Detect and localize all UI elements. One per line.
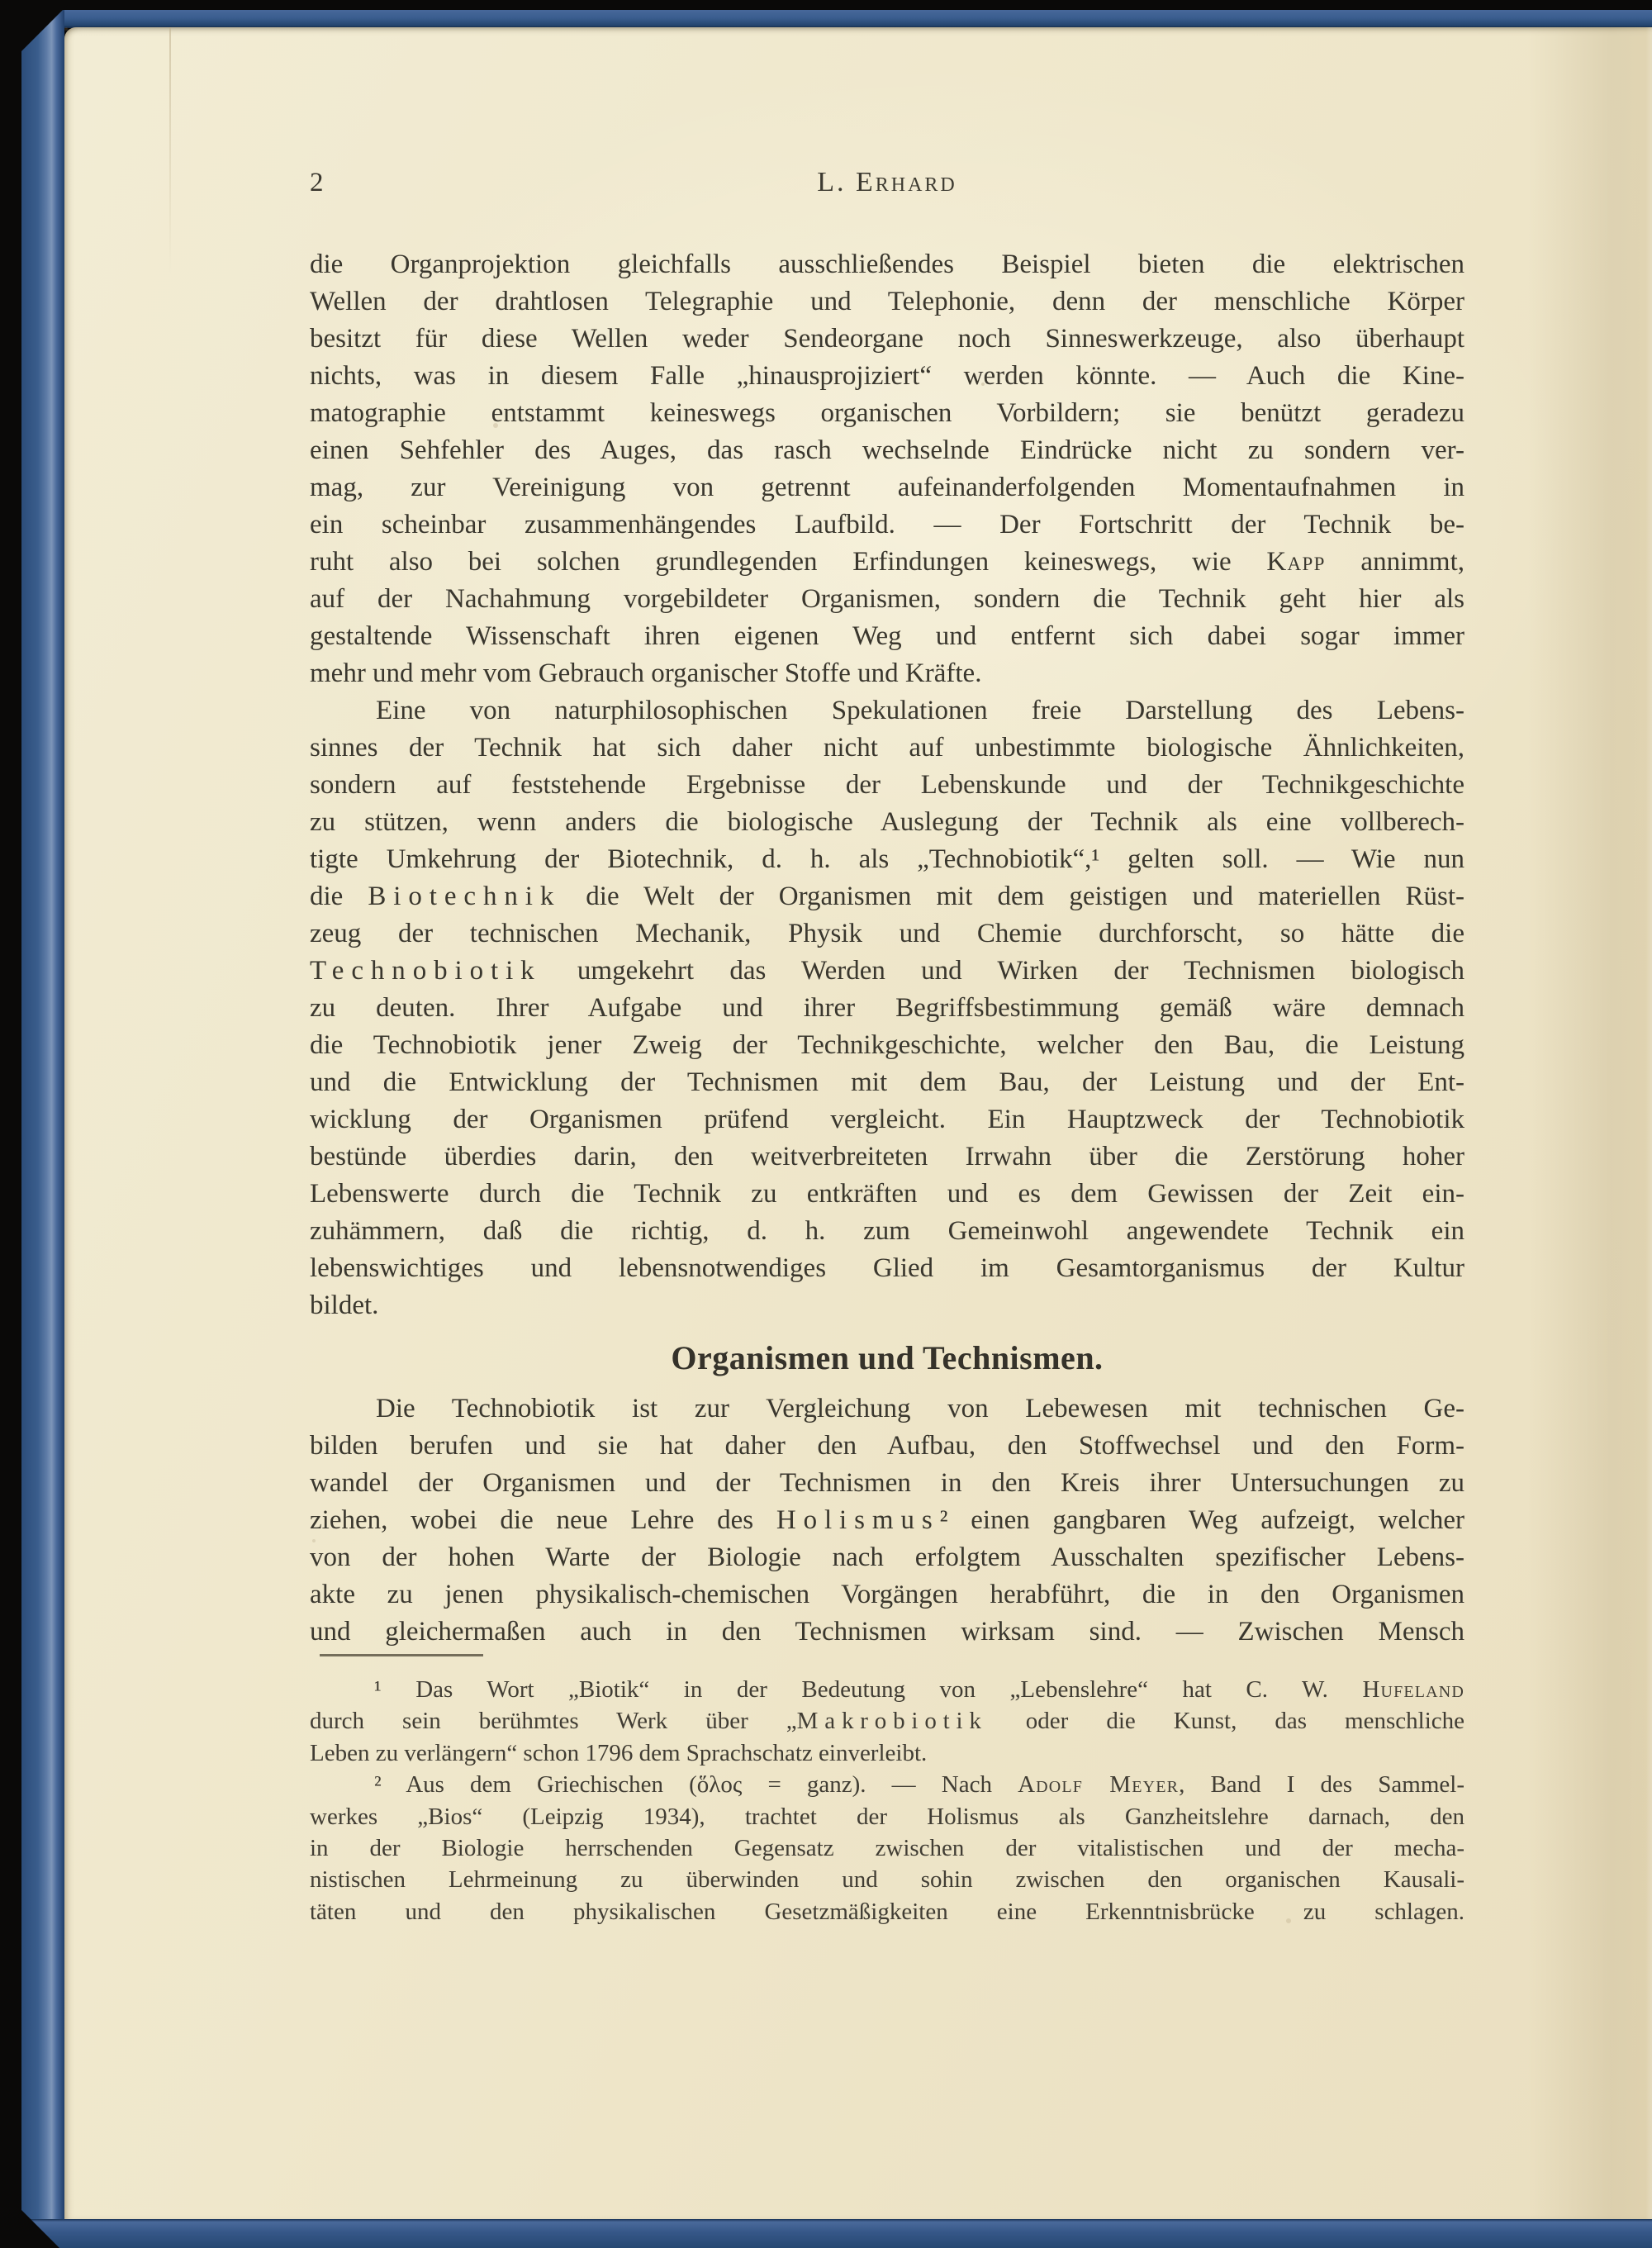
text-line: gestaltende Wissenschaft ihren eigenen W… (310, 618, 1464, 655)
section-heading: Organismen und Technismen. (310, 1324, 1464, 1390)
running-title: L. Erhard (368, 167, 1407, 198)
text-line: Leben zu verlängern“ schon 1796 dem Spra… (310, 1737, 1464, 1769)
text-line: Wellen der drahtlosen Telegraphie und Te… (310, 283, 1464, 321)
page-number: 2 (310, 168, 368, 198)
text-line: zu deuten. Ihrer Aufgabe und ihrer Begri… (310, 990, 1464, 1027)
text-line: sinnes der Technik hat sich daher nicht … (310, 730, 1464, 767)
text-line: Lebenswerte durch die Technik zu entkräf… (310, 1176, 1464, 1213)
book-cover-bottom-edge (21, 2219, 1652, 2248)
book-cover-spine-edge (21, 10, 64, 2248)
body-text: die Organprojektion gleichfalls ausschli… (310, 246, 1464, 1927)
footnote-separator-rule (320, 1654, 483, 1656)
text-line: bilden berufen und sie hat daher den Auf… (310, 1428, 1464, 1465)
text-line: bestünde überdies darin, den weitverbrei… (310, 1138, 1464, 1176)
text-line: ² Aus dem Griechischen (ὅλος = ganz). — … (310, 1769, 1464, 1800)
text-line: tigte Umkehrung der Biotechnik, d. h. al… (310, 841, 1464, 878)
text-line: in der Biologie herrschenden Gegensatz z… (310, 1832, 1464, 1864)
body-paragraph: Eine von naturphilosophischen Spekulatio… (310, 692, 1464, 1324)
text-line: matographie entstammt keineswegs organis… (310, 395, 1464, 432)
text-line: bildet. (310, 1287, 1464, 1324)
text-block: 2 L. Erhard die Organprojektion gleichfa… (310, 165, 1464, 1927)
text-line: Technobiotik umgekehrt das Werden und Wi… (310, 953, 1464, 990)
text-line: wicklung der Organismen prüfend vergleic… (310, 1101, 1464, 1138)
paper-foxing-specks (64, 27, 68, 31)
text-line: einen Sehfehler des Auges, das rasch wec… (310, 432, 1464, 469)
text-line: wandel der Organismen und der Technismen… (310, 1465, 1464, 1502)
text-line: sondern auf feststehende Ergebnisse der … (310, 767, 1464, 804)
text-line: die Biotechnik die Welt der Organismen m… (310, 878, 1464, 915)
text-line: und die Entwicklung der Technismen mit d… (310, 1064, 1464, 1101)
scanned-book-page: 2 L. Erhard die Organprojektion gleichfa… (0, 0, 1652, 2248)
text-line: durch sein berühmtes Werk über „Makrobio… (310, 1705, 1464, 1737)
page-surface: 2 L. Erhard die Organprojektion gleichfa… (64, 27, 1652, 2219)
text-line: werkes „Bios“ (Leipzig 1934), trachtet d… (310, 1801, 1464, 1832)
text-line: Eine von naturphilosophischen Spekulatio… (310, 692, 1464, 730)
text-line: zuhämmern, daß die richtig, d. h. zum Ge… (310, 1213, 1464, 1250)
body-paragraph: die Organprojektion gleichfalls ausschli… (310, 246, 1464, 692)
text-line: zeug der technischen Mechanik, Physik un… (310, 915, 1464, 953)
book-cover-top-edge (21, 10, 1652, 28)
text-line: die Technobiotik jener Zweig der Technik… (310, 1027, 1464, 1064)
text-line: akte zu jenen physikalisch-chemischen Vo… (310, 1576, 1464, 1614)
footnotes: ¹ Das Wort „Biotik“ in der Bedeutung von… (310, 1674, 1464, 1927)
text-line: ziehen, wobei die neue Lehre des Holismu… (310, 1502, 1464, 1539)
text-line: Die Technobiotik ist zur Vergleichung vo… (310, 1390, 1464, 1428)
text-line: lebenswichtiges und lebensnotwendiges Gl… (310, 1250, 1464, 1287)
body-paragraph: Die Technobiotik ist zur Vergleichung vo… (310, 1390, 1464, 1651)
text-line: ruht also bei solchen grundlegenden Erfi… (310, 544, 1464, 581)
text-line: auf der Nachahmung vorgebildeter Organis… (310, 581, 1464, 618)
page-edge-line (169, 27, 171, 275)
text-line: nistischen Lehrmeinung zu überwinden und… (310, 1864, 1464, 1895)
text-line: zu stützen, wenn anders die biologische … (310, 804, 1464, 841)
text-line: ¹ Das Wort „Biotik“ in der Bedeutung von… (310, 1674, 1464, 1705)
cover-corner-wear-top (17, 5, 68, 56)
page-header: 2 L. Erhard (310, 167, 1464, 202)
text-line: besitzt für diese Wellen weder Sendeorga… (310, 321, 1464, 358)
text-line: nichts, was in diesem Falle „hinausproji… (310, 358, 1464, 395)
text-line: die Organprojektion gleichfalls ausschli… (310, 246, 1464, 283)
cover-corner-wear-bottom (17, 2205, 59, 2248)
text-line: mehr und mehr vom Gebrauch organischer S… (310, 655, 1464, 692)
footnote: ¹ Das Wort „Biotik“ in der Bedeutung von… (310, 1674, 1464, 1769)
text-line: mag, zur Vereinigung von getrennt aufein… (310, 469, 1464, 506)
text-line: täten und den physikalischen Gesetzmäßig… (310, 1896, 1464, 1927)
text-line: und gleichermaßen auch in den Technismen… (310, 1614, 1464, 1651)
text-line: ein scheinbar zusammenhängendes Laufbild… (310, 506, 1464, 544)
text-line: von der hohen Warte der Biologie nach er… (310, 1539, 1464, 1576)
footnote: ² Aus dem Griechischen (ὅλος = ganz). — … (310, 1769, 1464, 1927)
binding-gutter-shadow (1528, 27, 1652, 2219)
